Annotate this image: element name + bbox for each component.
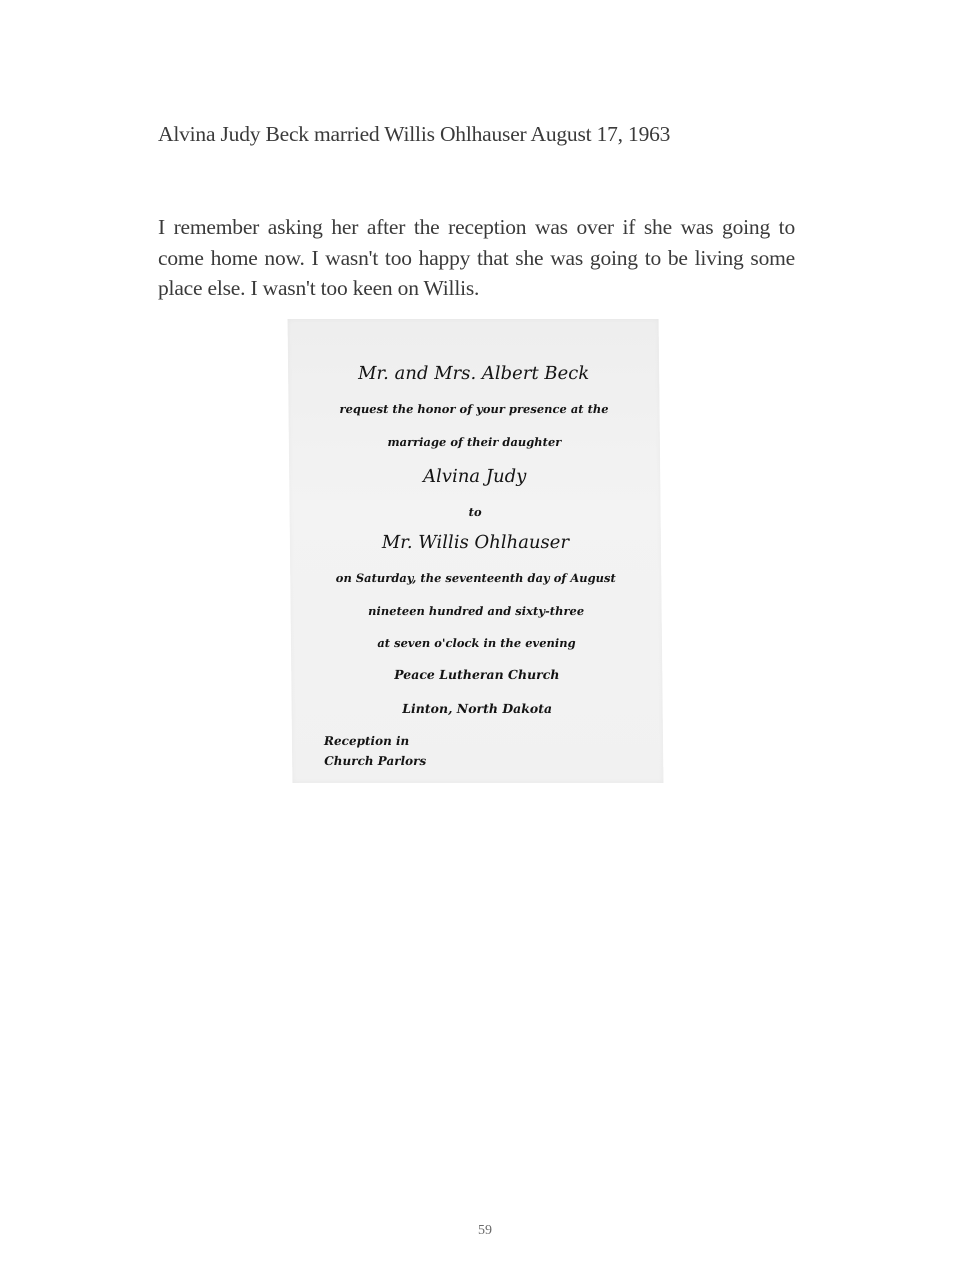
invitation-request: request the honor of your presence at th… bbox=[288, 402, 659, 416]
invitation-groom: Mr. Willis Ohlhauser bbox=[290, 532, 661, 553]
invitation-marriage: marriage of their daughter bbox=[289, 435, 660, 449]
invitation-church: Peace Lutheran Church bbox=[291, 667, 662, 682]
invitation-date: on Saturday, the seventeenth day of Augu… bbox=[290, 571, 661, 585]
wedding-invitation-image: Mr. and Mrs. Albert Beck request the hon… bbox=[288, 319, 664, 783]
invitation-hosts: Mr. and Mrs. Albert Beck bbox=[288, 363, 659, 384]
memory-paragraph: I remember asking her after the receptio… bbox=[158, 212, 795, 304]
invitation-reception-line2: Church Parlors bbox=[324, 751, 426, 771]
invitation-bride: Alvina Judy bbox=[289, 466, 660, 487]
page-number: 59 bbox=[0, 1223, 954, 1239]
invitation-reception: Reception in Church Parlors bbox=[324, 731, 426, 771]
invitation-to: to bbox=[290, 505, 661, 519]
invitation-time: at seven o'clock in the evening bbox=[291, 636, 662, 650]
invitation-year: nineteen hundred and sixty-three bbox=[291, 604, 662, 618]
invitation-city: Linton, North Dakota bbox=[292, 701, 663, 716]
page-heading: Alvina Judy Beck married Willis Ohlhause… bbox=[158, 119, 798, 149]
invitation-reception-line1: Reception in bbox=[324, 731, 426, 751]
